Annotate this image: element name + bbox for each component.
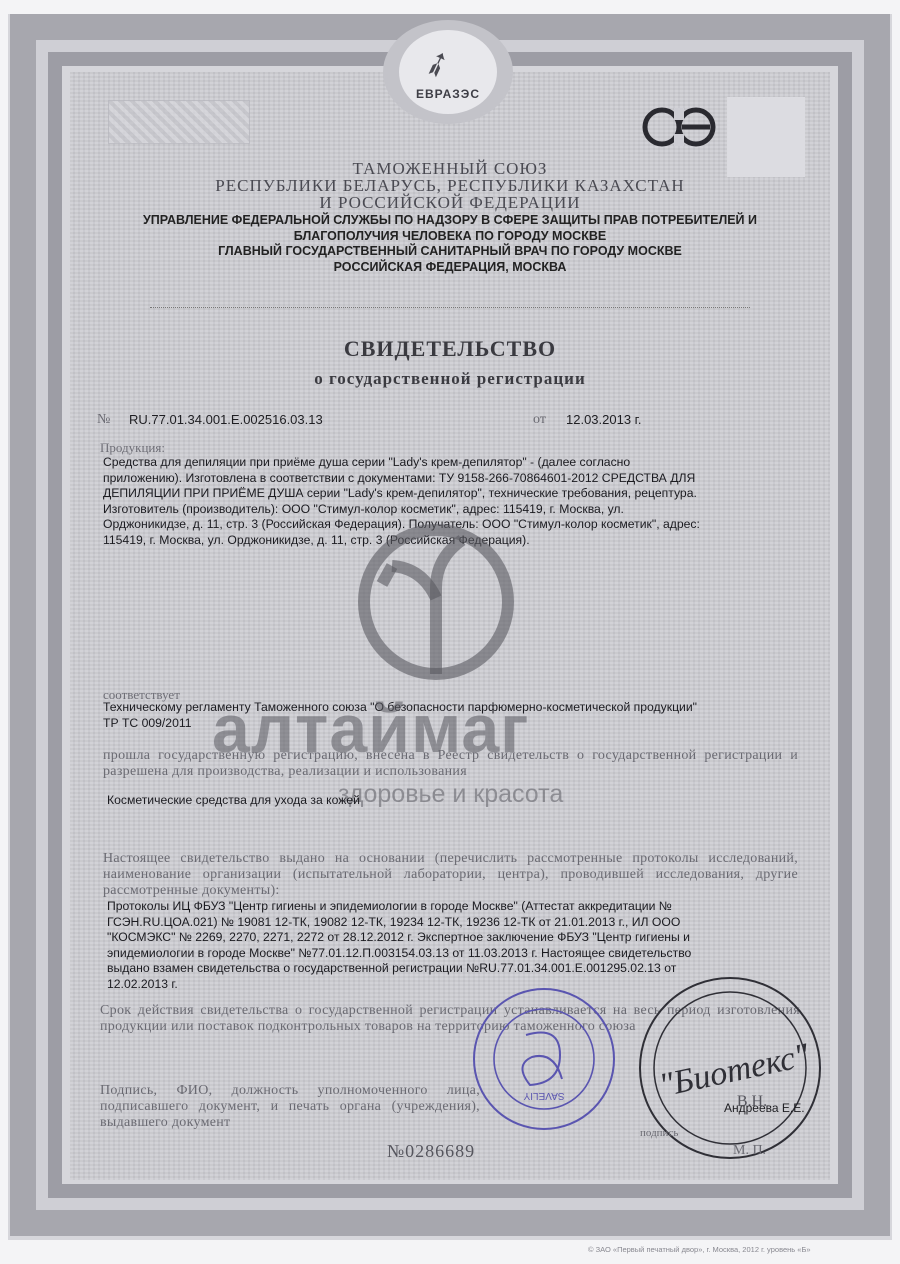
product-line: Средства для депиляции при приёме душа с… [103, 455, 803, 471]
leaf-circle-logo-icon [352, 518, 520, 686]
product-line: приложению). Изготовлена в соответствии … [103, 471, 803, 487]
authority-line: ГЛАВНЫЙ ГОСУДАРСТВЕННЫЙ САНИТАРНЫЙ ВРАЧ … [90, 244, 810, 260]
authority-line: БЛАГОПОЛУЧИЯ ЧЕЛОВЕКА ПО ГОРОДУ МОСКВЕ [90, 229, 810, 245]
union-line: ТАМОЖЕННЫЙ СОЮЗ [90, 160, 810, 177]
number-label: № [97, 412, 110, 428]
signature-caption: подпись [640, 1127, 678, 1139]
eagle-emblem-icon: ➶ [417, 40, 457, 87]
divider [150, 307, 750, 310]
basis-line: "КОСМЭКС" № 2269, 2270, 2271, 2272 от 28… [107, 930, 807, 946]
basis-line: эпидемиологии в городе Москве" №77.01.12… [107, 946, 807, 962]
authority-line: РОССИЙСКАЯ ФЕДЕРАЦИЯ, МОСКВА [90, 260, 810, 276]
basis-line: Протоколы ИЦ ФБУЗ "Центр гигиены и эпиде… [107, 899, 807, 915]
emblem-label: ЕВРАЗЭС [399, 87, 497, 101]
printer-footer: © ЗАО «Первый печатный двор», г. Москва,… [588, 1245, 811, 1254]
product-label: Продукция: [100, 440, 165, 456]
signature-label: Подпись, ФИО, должность уполномоченного … [100, 1083, 480, 1131]
ornament-pattern [108, 100, 250, 144]
product-line: ДЕПИЛЯЦИИ ПРИ ПРИЁМЕ ДУША серии "Lady's … [103, 486, 803, 502]
basis-line: ГСЭН.RU.ЦОА.021) № 19081 12-ТК, 19082 12… [107, 915, 807, 931]
product-line: Изготовитель (производитель): ООО "Стиму… [103, 502, 803, 518]
union-line: И РОССИЙСКОЙ ФЕДЕРАЦИИ [90, 194, 810, 211]
union-line: РЕСПУБЛИКИ БЕЛАРУСЬ, РЕСПУБЛИКИ КАЗАХСТА… [90, 177, 810, 194]
seal-place-label: М. П. [733, 1143, 766, 1159]
eurasec-emblem: ➶ ЕВРАЗЭС [383, 20, 513, 124]
svg-text:"Биотекс": "Биотекс" [656, 1037, 813, 1105]
usage-text: Косметические средства для ухода за коже… [107, 793, 360, 809]
certificate-number: RU.77.01.34.001.Е.002516.03.13 [129, 412, 323, 427]
date-label: от [533, 412, 546, 428]
signer-name: Андреева Е.Е. [724, 1101, 805, 1115]
authority-line: УПРАВЛЕНИЕ ФЕДЕРАЛЬНОЙ СЛУЖБЫ ПО НАДЗОРУ… [90, 213, 810, 229]
certificate-date: 12.03.2013 г. [566, 412, 641, 427]
svg-text:SAVELIY: SAVELIY [523, 1090, 564, 1101]
registration-text: прошла государственную регистрацию, внес… [103, 748, 798, 780]
certificate-subtitle: о государственной регистрации [90, 369, 810, 389]
company-seal-icon: SAVELIY [470, 985, 618, 1133]
certificate-title: СВИДЕТЕЛЬСТВО [90, 336, 810, 362]
basis-text: Настоящее свидетельство выдано на основа… [103, 851, 798, 899]
blank-number: №0286689 [387, 1141, 475, 1162]
union-header: ТАМОЖЕННЫЙ СОЮЗ РЕСПУБЛИКИ БЕЛАРУСЬ, РЕС… [90, 160, 810, 211]
watermark-tagline: здоровье и красота [338, 780, 563, 809]
authority-header: УПРАВЛЕНИЕ ФЕДЕРАЛЬНОЙ СЛУЖБЫ ПО НАДЗОРУ… [90, 213, 810, 275]
se-conformity-mark-icon [640, 104, 720, 150]
